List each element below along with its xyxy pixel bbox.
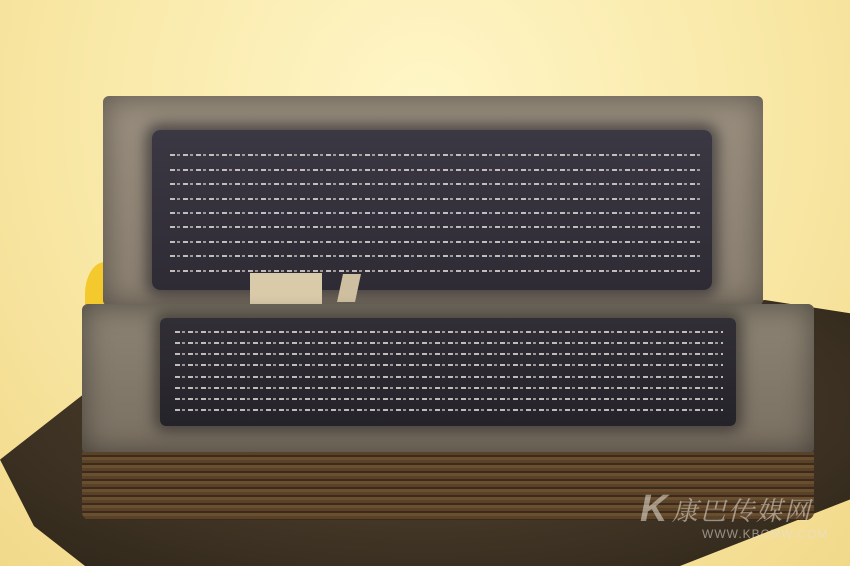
watermark-logo-icon: K [640, 488, 667, 531]
top-script-lines [170, 148, 700, 278]
watermark-text: 康巴传媒网 [672, 491, 812, 528]
bottom-script-lines [175, 326, 723, 416]
paper-label [250, 273, 322, 307]
photo-scene: K 康巴传媒网 WWW.KBCMW.COM [0, 0, 850, 566]
watermark: K 康巴传媒网 WWW.KBCMW.COM [640, 488, 828, 541]
watermark-url: WWW.KBCMW.COM [702, 527, 828, 541]
